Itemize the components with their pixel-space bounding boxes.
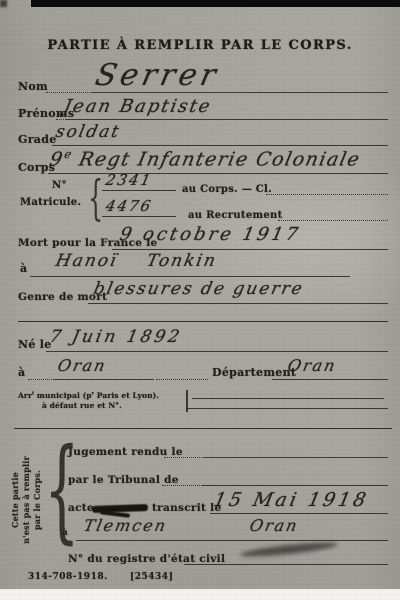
- grade-value-handwritten: soldat: [54, 122, 123, 142]
- matricule-label: Matricule.: [20, 197, 81, 208]
- ruled-line-arrondissement-2: [186, 408, 388, 409]
- matricule-no-label: N°: [52, 180, 67, 191]
- ink-smudge: [240, 540, 338, 559]
- departement-label: Département: [212, 366, 296, 379]
- ruled-line-transcription: [210, 513, 388, 514]
- ruled-line-naissance: [46, 351, 388, 352]
- nom-label: Nom: [18, 80, 48, 93]
- scan-edge-top: [31, 0, 400, 7]
- scan-corner-mark: [0, 0, 7, 7]
- leader-line-nom: [46, 92, 92, 93]
- ruled-line-naissance-lieu: [54, 379, 154, 380]
- ruled-line-tribunal: [202, 485, 388, 486]
- ruled-line-prenoms: [66, 119, 388, 120]
- au-recrutement-label: au Recrutement: [188, 210, 283, 221]
- naissance-lieu-value-handwritten: Oran: [56, 356, 109, 375]
- footer-print-code: 314-708-1918.: [28, 572, 108, 582]
- leader-line-jugement: [164, 457, 204, 458]
- transcription-departement-value-handwritten: Oran: [248, 516, 301, 535]
- ruled-line-grade: [52, 145, 388, 146]
- nom-value-handwritten: Serrer: [92, 58, 223, 93]
- ruled-line-registre: [184, 564, 388, 565]
- ruled-line-mort-lieu: [30, 276, 350, 277]
- side-note-line2: n'est pas à remplir: [21, 445, 32, 555]
- naissance-label: Né le: [18, 338, 52, 351]
- section-separator-upper: [18, 321, 388, 322]
- side-note-rotated: Cette partie n'est pas à remplir par le …: [10, 445, 46, 555]
- genre-mort-value-handwritten: blessures de guerre: [92, 279, 306, 299]
- leader-line-prenoms: [56, 119, 66, 120]
- naissance-lieu-label: à: [18, 366, 25, 379]
- transcription-lieu-label: à: [62, 528, 68, 538]
- footer-print-reference: [25434]: [130, 572, 173, 582]
- naissance-value-handwritten: 7 Juin 1892: [48, 327, 184, 347]
- side-note-line3: par le Corps.: [32, 445, 43, 555]
- departement-value-handwritten: Oran: [286, 356, 339, 375]
- arrondissement-label-line2: à défaut rue et N°.: [42, 401, 122, 410]
- leader-line-naissance-lieu: [28, 379, 54, 380]
- matricule-recrutement-value-handwritten: 4476: [104, 197, 154, 215]
- corps-value-handwritten: 9e Regt Infanterie Coloniale: [48, 147, 363, 170]
- au-corps-label: au Corps. — Cl.: [182, 184, 272, 195]
- ruled-line-transcription-lieu: [76, 540, 388, 541]
- transcription-date-value-handwritten: 15 Mai 1918: [212, 489, 371, 511]
- ruled-line-jugement: [204, 457, 388, 458]
- matricule-corps-value-handwritten: 2341: [104, 171, 154, 189]
- leader-line-tribunal: [162, 485, 202, 486]
- transcription-lieu-value-handwritten: Tlemcen: [82, 516, 169, 535]
- side-note-line1: Cette partie: [10, 445, 21, 555]
- ruled-line-genre-mort: [88, 303, 388, 304]
- mort-lieu-label: à: [20, 262, 27, 275]
- mort-lieu-value-handwritten: Hanoï Tonkin: [54, 251, 219, 271]
- matricule-brace: {: [88, 176, 103, 220]
- ruled-line-arrondissement-1: [192, 398, 384, 399]
- scanned-military-death-record: PARTIE À REMPLIR PAR LE CORPS. Nom Serre…: [0, 0, 400, 600]
- arrondissement-label-line1: Arrt municipal (pr Paris et Lyon).: [18, 391, 159, 400]
- mort-date-value-handwritten: 9 octobre 1917: [118, 224, 303, 245]
- scan-edge-bottom: [0, 589, 400, 600]
- acte-label: acte: [68, 502, 94, 514]
- leader-line-au-corps: [266, 194, 388, 195]
- leader-line-departement: [156, 379, 208, 380]
- ruled-line-matricule-recrutement: [102, 216, 176, 217]
- ruled-line-departement: [272, 379, 388, 380]
- grade-label: Grade: [18, 133, 57, 146]
- ruled-line-mort-date: [112, 249, 388, 250]
- leader-line-au-recrutement: [278, 220, 388, 221]
- ruled-line-matricule-corps: [102, 190, 176, 191]
- prenoms-value-handwritten: Jean Baptiste: [62, 96, 214, 117]
- form-title: PARTIE À REMPLIR PAR LE CORPS.: [0, 38, 400, 53]
